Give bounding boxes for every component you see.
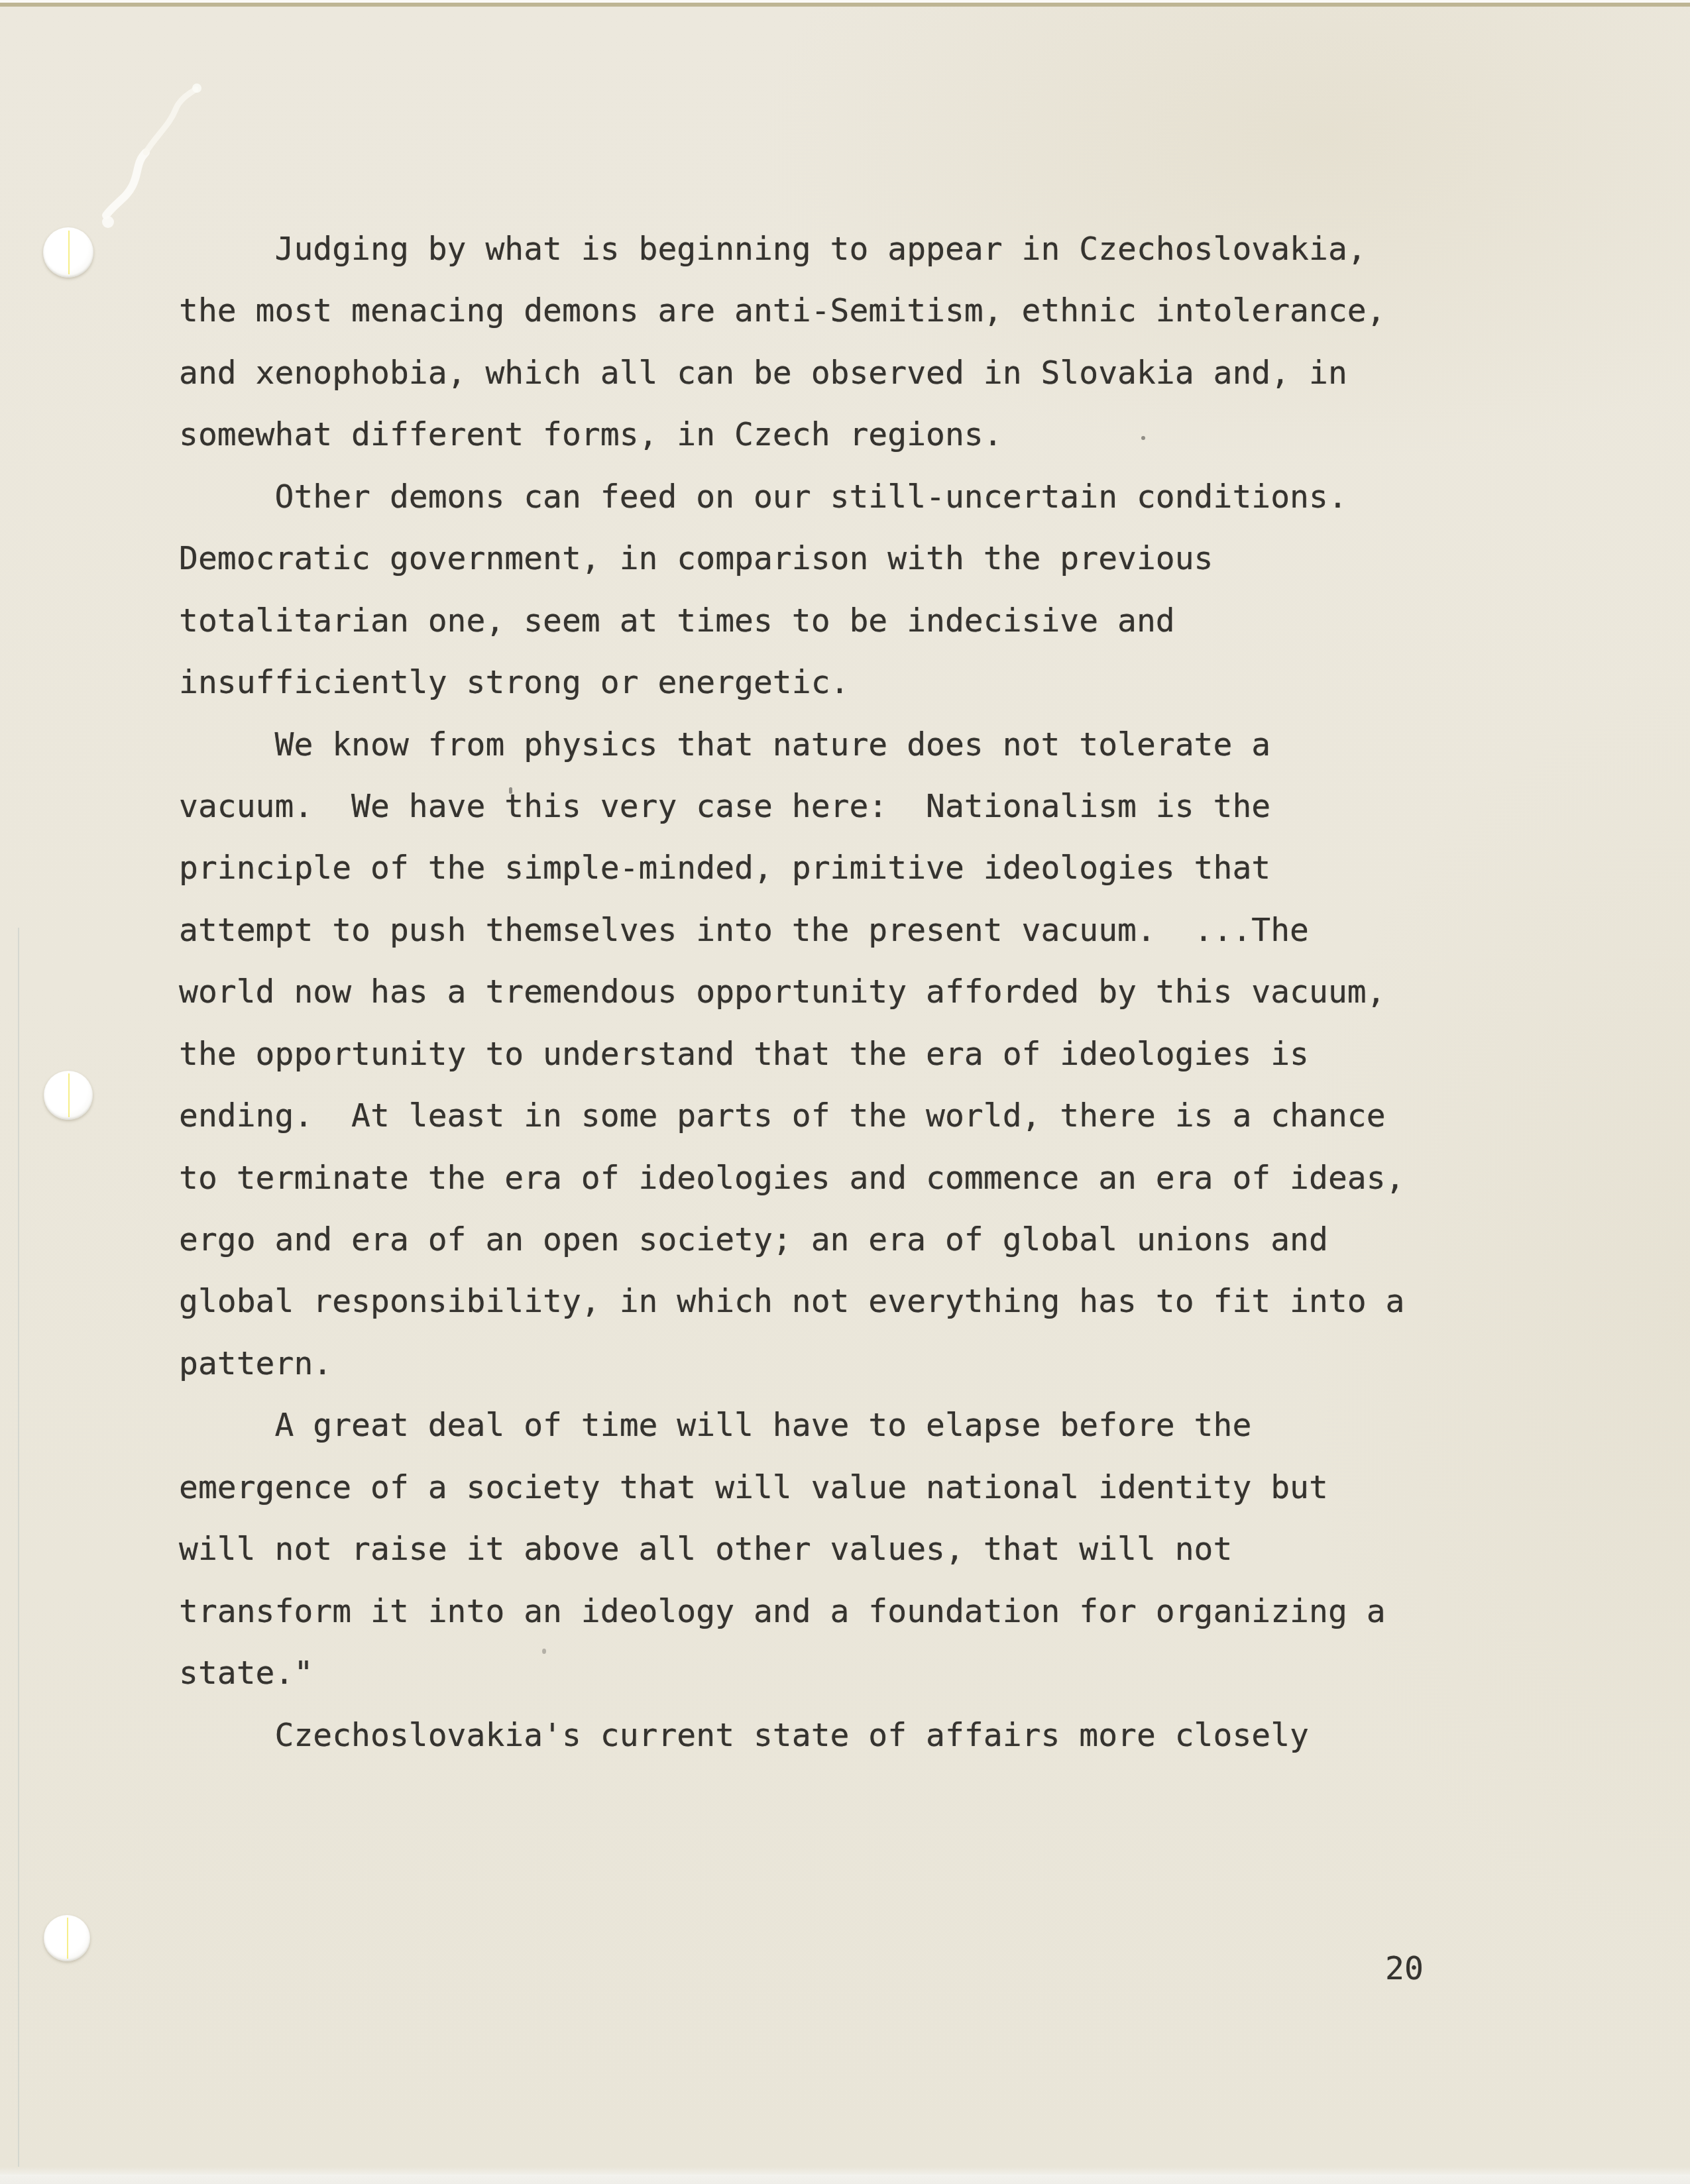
text-line: world now has a tremendous opportunity a…	[179, 961, 1504, 1023]
hole-punch-middle	[44, 1071, 93, 1120]
text-line: A great deal of time will have to elapse…	[179, 1395, 1504, 1456]
text-line: Czechoslovakia's current state of affair…	[179, 1705, 1504, 1767]
text-line: ergo and era of an open society; an era …	[179, 1209, 1504, 1271]
text-line: emergence of a society that will value n…	[179, 1457, 1504, 1519]
hole-punch-line	[68, 1073, 70, 1117]
hole-punch-line	[68, 231, 70, 275]
text-line: somewhat different forms, in Czech regio…	[179, 404, 1504, 466]
text-line: Judging by what is beginning to appear i…	[179, 219, 1504, 280]
text-line: to terminate the era of ideologies and c…	[179, 1148, 1504, 1209]
typewritten-text: Judging by what is beginning to appear i…	[179, 219, 1504, 1767]
scanned-document-page: Judging by what is beginning to appear i…	[0, 0, 1690, 2184]
text-line: totalitarian one, seem at times to be in…	[179, 590, 1504, 652]
paper-crease-line	[18, 928, 19, 2167]
paper-bottom-edge	[0, 2167, 1690, 2184]
text-line: ending. At least in some parts of the wo…	[179, 1085, 1504, 1147]
text-line: insufficiently strong or energetic.	[179, 652, 1504, 714]
text-line: global responsibility, in which not ever…	[179, 1271, 1504, 1333]
text-line: principle of the simple-minded, primitiv…	[179, 838, 1504, 899]
text-line: attempt to push themselves into the pres…	[179, 900, 1504, 961]
text-line: and xenophobia, which all can be observe…	[179, 343, 1504, 404]
text-line: the most menacing demons are anti-Semiti…	[179, 280, 1504, 342]
text-line: pattern.	[179, 1333, 1504, 1395]
text-line: Democratic government, in comparison wit…	[179, 528, 1504, 590]
text-line: will not raise it above all other values…	[179, 1519, 1504, 1580]
text-line: state."	[179, 1643, 1504, 1704]
text-line: vacuum. We have this very case here: Nat…	[179, 776, 1504, 838]
text-line: transform it into an ideology and a foun…	[179, 1581, 1504, 1643]
text-line: the opportunity to understand that the e…	[179, 1024, 1504, 1085]
hole-punch-bottom	[44, 1915, 90, 1961]
text-line: We know from physics that nature does no…	[179, 714, 1504, 776]
hole-punch-line	[67, 1918, 68, 1959]
page-number: 20	[1385, 1938, 1424, 2000]
text-line: Other demons can feed on our still-uncer…	[179, 466, 1504, 528]
